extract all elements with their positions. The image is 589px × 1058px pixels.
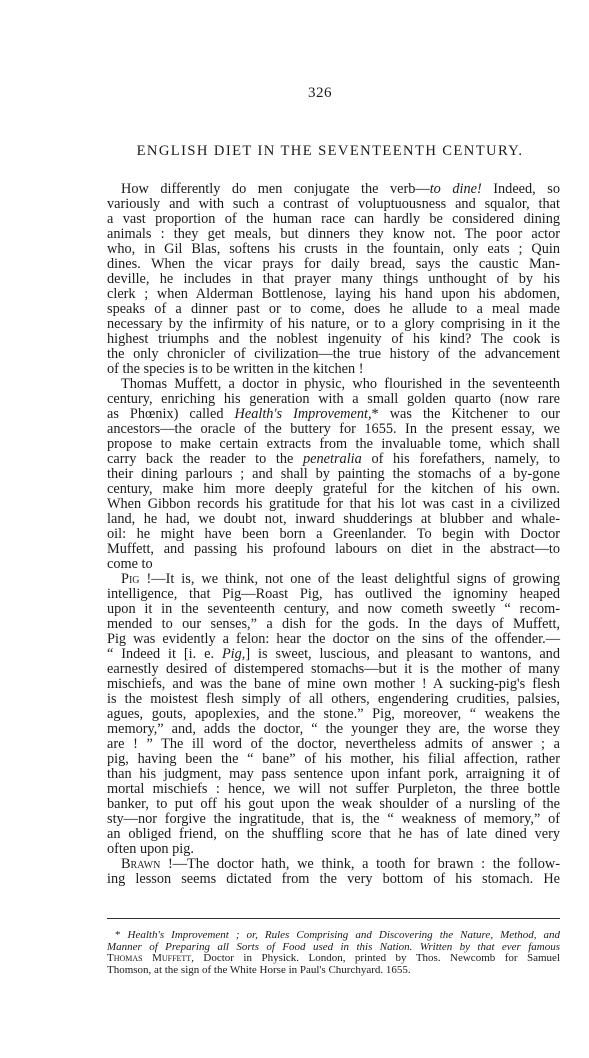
text-line: carry back the reader to the penetralia … [107, 452, 560, 467]
text-line: variously and with such a contrast of vo… [107, 197, 560, 212]
footnote: * Health's Improvement ; or, Rules Compr… [107, 930, 560, 976]
text-line: century, enriching his generation with a… [107, 392, 560, 407]
text-line: dines. When the vicar prays for daily br… [107, 257, 560, 272]
text-line: who, in Gil Blas, softens his crusts in … [107, 242, 560, 257]
text-line: animals : they get meals, but dinners th… [107, 227, 560, 242]
text-line: banker, to put off his gout upon the wea… [107, 797, 560, 812]
text-line: their dining parlours ; and shall by pai… [107, 467, 560, 482]
body-text: How differently do men conjugate the ver… [107, 182, 560, 887]
text-line: Brawn !—The doctor hath, we think, a too… [107, 857, 560, 872]
text-line: Pig was evidently a felon: hear the doct… [107, 632, 560, 647]
text-line: is the moistest flesh simply of all othe… [107, 692, 560, 707]
text-line: How differently do men conjugate the ver… [107, 182, 560, 197]
text-line: highest triumphs and the noblest ingenui… [107, 332, 560, 347]
text-line: intelligence, that Pig—Roast Pig, has ou… [107, 587, 560, 602]
section-heading-brawn: Brawn [121, 856, 160, 872]
text-line: Thomas Muffett, a doctor in physic, who … [107, 377, 560, 392]
text-line: Muffett, and passing his profound labour… [107, 542, 560, 557]
text-line: mischiefs, and was the bane of mine own … [107, 677, 560, 692]
text-line: agues, gouts, apoplexies, and the stone.… [107, 707, 560, 722]
text-line: come to [107, 557, 560, 572]
footnote-divider [107, 918, 560, 919]
text-line: land, he had, we doubt not, inward shudd… [107, 512, 560, 527]
text-line: than his judgment, may pass sentence upo… [107, 767, 560, 782]
text-line: upon it in the seventeenth century, and … [107, 602, 560, 617]
text-line: clerk ; when Alderman Bottlenose, laying… [107, 287, 560, 302]
text-line: “ Indeed it [i. e. Pig,] is sweet, lusci… [107, 647, 560, 662]
book-title: Health's Improvement, [235, 406, 372, 422]
text-line: earnestly desired of distempered stomach… [107, 662, 560, 677]
footnote-line: Thomas Muffett, Doctor in Physick. Londo… [107, 953, 560, 965]
page-title: ENGLISH DIET IN THE SEVENTEENTH CENTURY. [100, 143, 560, 160]
text-line: When Gibbon records his gratitude for th… [107, 497, 560, 512]
text-line: necessary by the infirmity of his nature… [107, 317, 560, 332]
text-line: pig, having been the “ bane” of his moth… [107, 752, 560, 767]
text-line: memory,” and, adds the doctor, “ the you… [107, 722, 560, 737]
text-line: ing lesson seems dictated from the very … [107, 872, 560, 887]
page-number: 326 [0, 85, 589, 102]
text-line: sty—nor forgive the ingratitude, that is… [107, 812, 560, 827]
text-line: are ! ” The ill word of the doctor, neve… [107, 737, 560, 752]
text-line: the only chronicler of civilization—the … [107, 347, 560, 362]
footnote-line: Thomson, at the sign of the White Horse … [107, 965, 560, 977]
text-line: ancestors—the oracle of the buttery for … [107, 422, 560, 437]
text-line: propose to make certain extracts from th… [107, 437, 560, 452]
text-line: speaks of a dinner past or to come, does… [107, 302, 560, 317]
text-line: of the species is to be written in the k… [107, 362, 560, 377]
author-name: Thomas Muffett [107, 952, 191, 964]
text-line: a vast proportion of the human race can … [107, 212, 560, 227]
text-line: often upon pig. [107, 842, 560, 857]
section-heading-pig: Pig [121, 571, 140, 587]
text-line: mortal mischiefs : hence, we will not su… [107, 782, 560, 797]
text-line: oil: he might have been born a Greenland… [107, 527, 560, 542]
text-line: deville, he includes in that prayer many… [107, 272, 560, 287]
text-line: as Phœnix) called Health's Improvement,*… [107, 407, 560, 422]
text-line: Pig !—It is, we think, not one of the le… [107, 572, 560, 587]
text-line: century, make him more deeply grateful f… [107, 482, 560, 497]
text-line: mended to our senses,” a dish for the go… [107, 617, 560, 632]
text-line: an obliged friend, on the shuffling scor… [107, 827, 560, 842]
